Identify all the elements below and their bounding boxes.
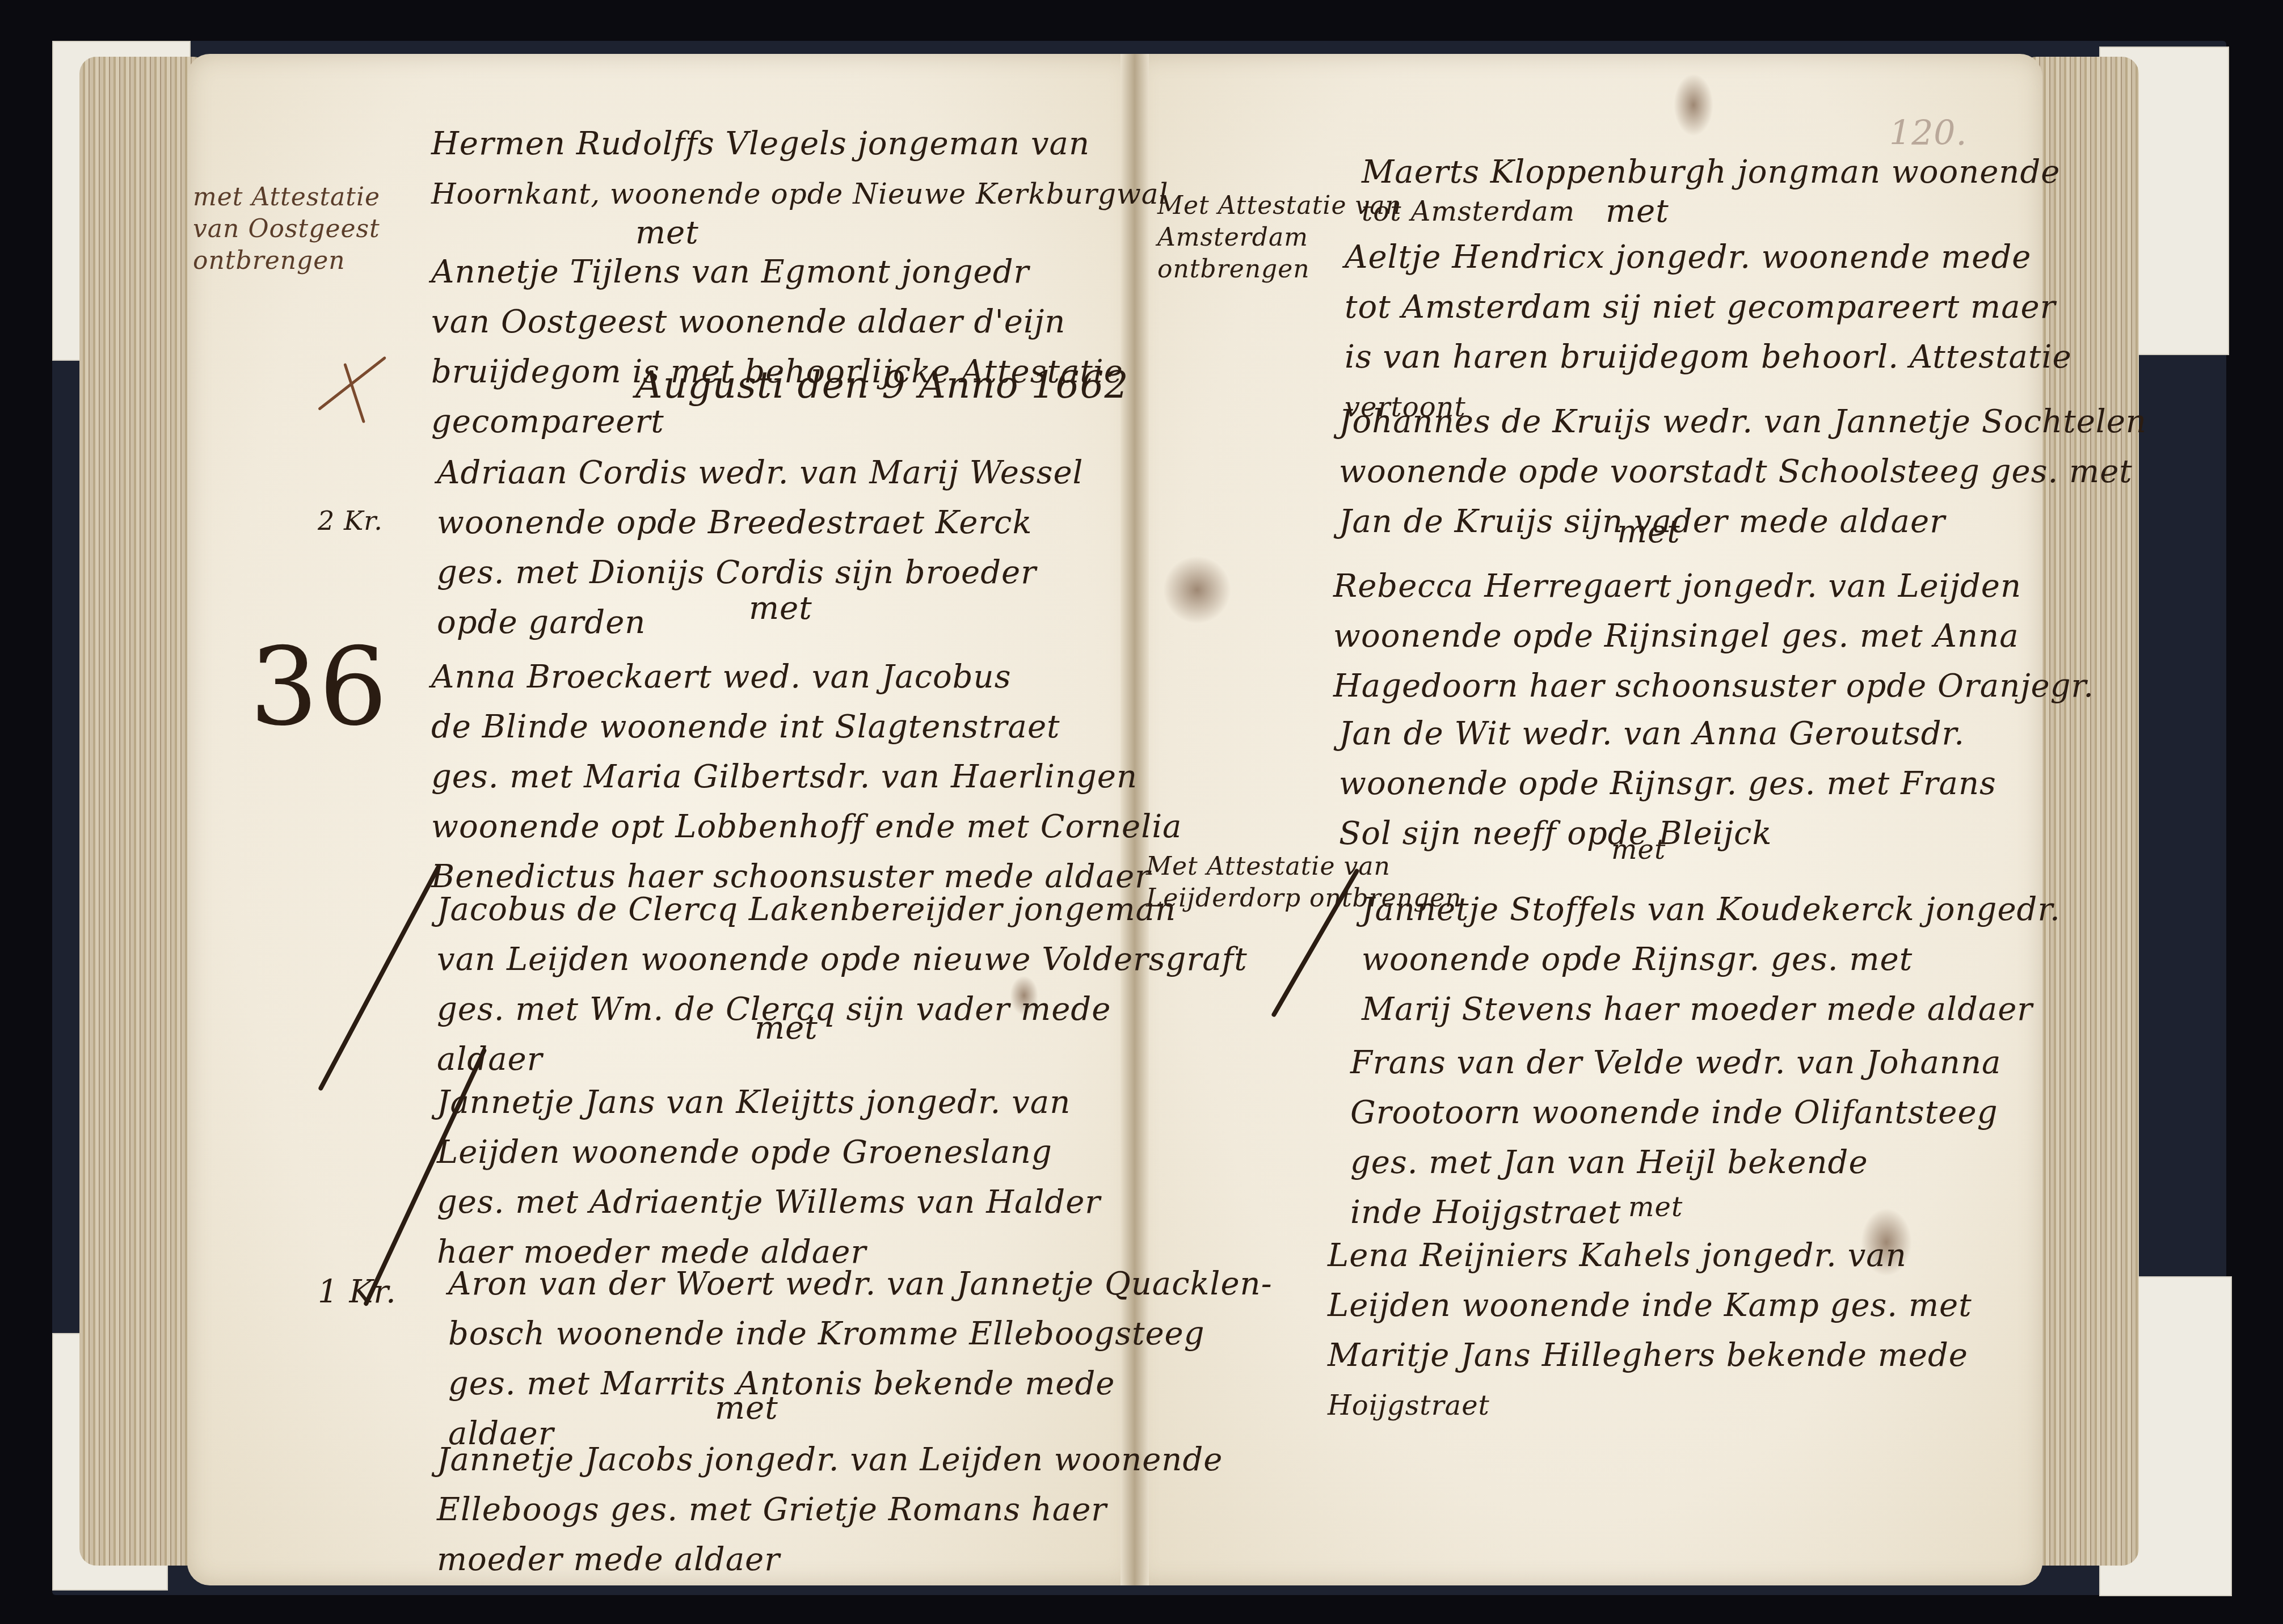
date-heading: Augusti den 9 Anno 1662 bbox=[635, 363, 1129, 407]
entry-line: met bbox=[431, 219, 1169, 247]
entry-line: Leijden woonende inde Kamp ges. met bbox=[1328, 1281, 1972, 1331]
entry-line: Anna Broeckaert wed. van Jacobus bbox=[431, 652, 1182, 702]
entry-line: Jacobus de Clercq Lakenbereijder jongema… bbox=[437, 885, 1248, 935]
margin-note: 2 Kr. bbox=[318, 505, 383, 537]
entry-line: Maerts Kloppenburgh jongman woonende bbox=[1362, 147, 2060, 197]
entry-line: Maritje Jans Hilleghers bekende mede bbox=[1328, 1331, 1972, 1381]
margin-note-line: Met Attestatie van bbox=[1146, 851, 1462, 883]
entry-line: woonende opt Lobbenhoff ende met Corneli… bbox=[431, 802, 1182, 852]
entry-line: woonende opde voorstadt Schoolsteeg ges.… bbox=[1339, 447, 2147, 497]
met-connector: met bbox=[755, 1010, 818, 1047]
register-entry: Jan de Wit wedr. van Anna Geroutsdr. woo… bbox=[1339, 709, 1996, 859]
register-entry: Rebecca Herregaert jongedr. van Leijden … bbox=[1333, 562, 2094, 711]
entry-line: ges. met Adriaentje Willems van Halder bbox=[437, 1178, 1101, 1228]
register-entry: Lena Reijniers Kahels jongedr. van Leijd… bbox=[1328, 1231, 1972, 1431]
register-entry: Jannetje Stoffels van Koudekerck jongedr… bbox=[1362, 885, 2061, 1035]
entry-line: Frans van der Velde wedr. van Johanna bbox=[1350, 1038, 2001, 1088]
margin-note-line: met Attestatie bbox=[193, 182, 380, 213]
entry-line: Johannes de Kruijs wedr. van Jannetje So… bbox=[1339, 397, 2147, 447]
entry-line: bosch woonende inde Kromme Elleboogsteeg bbox=[448, 1309, 1273, 1359]
entry-line: moeder mede aldaer bbox=[437, 1535, 1223, 1585]
met-connector: met bbox=[1617, 513, 1680, 550]
register-entry: Jannetje Jacobs jongedr. van Leijden woo… bbox=[437, 1435, 1223, 1585]
entry-line: van Oostgeest woonende aldaer d'eijn bbox=[431, 297, 1169, 347]
entry-line: Adriaan Cordis wedr. van Marij Wessel bbox=[437, 448, 1084, 498]
register-entry: Aron van der Woert wedr. van Jannetje Qu… bbox=[448, 1259, 1273, 1459]
margin-note: met Attestatie van Oostgeest ontbrengen bbox=[193, 182, 380, 277]
met-connector: met bbox=[749, 590, 812, 627]
entry-line: woonende opde Breedestraet Kerck bbox=[437, 498, 1084, 548]
entry-line: Rebecca Herregaert jongedr. van Leijden bbox=[1333, 562, 2094, 611]
entry-line: ges. met Maria Gilbertsdr. van Haerlinge… bbox=[431, 752, 1182, 802]
entry-line: ges. met Marrits Antonis bekende mede bbox=[448, 1359, 1273, 1409]
entry-line: Hoijgstraet bbox=[1328, 1381, 1972, 1431]
register-entry: Maerts Kloppenburgh jongman woonende tot… bbox=[1362, 147, 2060, 226]
entry-line: woonende opde Rijnsgr. ges. met bbox=[1362, 935, 2061, 985]
entry-line: Elleboogs ges. met Grietje Romans haer bbox=[437, 1485, 1223, 1535]
met-connector: met bbox=[1611, 834, 1666, 866]
entry-line: tot Amsterdam bbox=[1362, 197, 2060, 226]
entry-line: tot Amsterdam sij niet gecompareert maer bbox=[1345, 282, 2072, 332]
entry-line: Jan de Wit wedr. van Anna Geroutsdr. bbox=[1339, 709, 1996, 759]
entry-line: Jannetje Stoffels van Koudekerck jongedr… bbox=[1362, 885, 2061, 935]
entry-line: Hagedoorn haer schoonsuster opde Oranjeg… bbox=[1333, 661, 2094, 711]
margin-note-line: ontbrengen bbox=[193, 245, 380, 277]
entry-line: Hoornkant, woonende opde Nieuwe Kerkburg… bbox=[431, 169, 1169, 219]
entry-line: Marij Stevens haer moeder mede aldaer bbox=[1362, 985, 2061, 1035]
entry-line: Leijden woonende opde Groeneslang bbox=[437, 1128, 1101, 1178]
entry-line: Grootoorn woonende inde Olifantsteeg bbox=[1350, 1088, 2001, 1138]
entry-line: ges. met Jan van Heijl bekende bbox=[1350, 1138, 2001, 1188]
met-connector: met bbox=[1606, 193, 1669, 230]
ink-stain bbox=[1163, 556, 1231, 624]
entry-line: Jannetje Jacobs jongedr. van Leijden woo… bbox=[437, 1435, 1223, 1485]
entry-line: Lena Reijniers Kahels jongedr. van bbox=[1328, 1231, 1972, 1281]
entry-line: woonende opde Rijnsingel ges. met Anna bbox=[1333, 611, 2094, 661]
entry-line: woonende opde Rijnsgr. ges. met Frans bbox=[1339, 759, 1996, 809]
register-entry: Johannes de Kruijs wedr. van Jannetje So… bbox=[1339, 397, 2147, 547]
entry-line: van Leijden woonende opde nieuwe Volders… bbox=[437, 935, 1248, 985]
entry-line: aldaer bbox=[437, 1035, 1248, 1085]
entry-line: de Blinde woonende int Slagtenstraet bbox=[431, 702, 1182, 752]
margin-note-line: van Oostgeest bbox=[193, 213, 380, 245]
entry-line: Jan de Kruijs sijn vader mede aldaer bbox=[1339, 497, 2147, 547]
ink-stain bbox=[1674, 74, 1713, 136]
margin-note: 1 Kr. bbox=[318, 1276, 397, 1308]
entry-line: Jannetje Jans van Kleijtts jongedr. van bbox=[437, 1078, 1101, 1128]
entry-line: Aeltje Hendricx jongedr. woonende mede bbox=[1345, 233, 2072, 282]
register-entry: Anna Broeckaert wed. van Jacobus de Blin… bbox=[431, 652, 1182, 902]
margin-number: 36 bbox=[250, 624, 388, 749]
entry-line: ges. met Wm. de Clercq sijn vader mede bbox=[437, 985, 1248, 1035]
met-connector: met bbox=[1628, 1191, 1683, 1223]
register-entry: Jacobus de Clercq Lakenbereijder jongema… bbox=[437, 885, 1248, 1085]
met-connector: met bbox=[715, 1390, 778, 1427]
entry-line: is van haren bruijdegom behoorl. Attesta… bbox=[1345, 332, 2072, 382]
register-entry: Jannetje Jans van Kleijtts jongedr. van … bbox=[437, 1078, 1101, 1277]
entry-line: Aron van der Woert wedr. van Jannetje Qu… bbox=[448, 1259, 1273, 1309]
entry-line: Hermen Rudolffs Vlegels jongeman van bbox=[431, 119, 1169, 169]
entry-line: Annetje Tijlens van Egmont jongedr bbox=[431, 247, 1169, 297]
